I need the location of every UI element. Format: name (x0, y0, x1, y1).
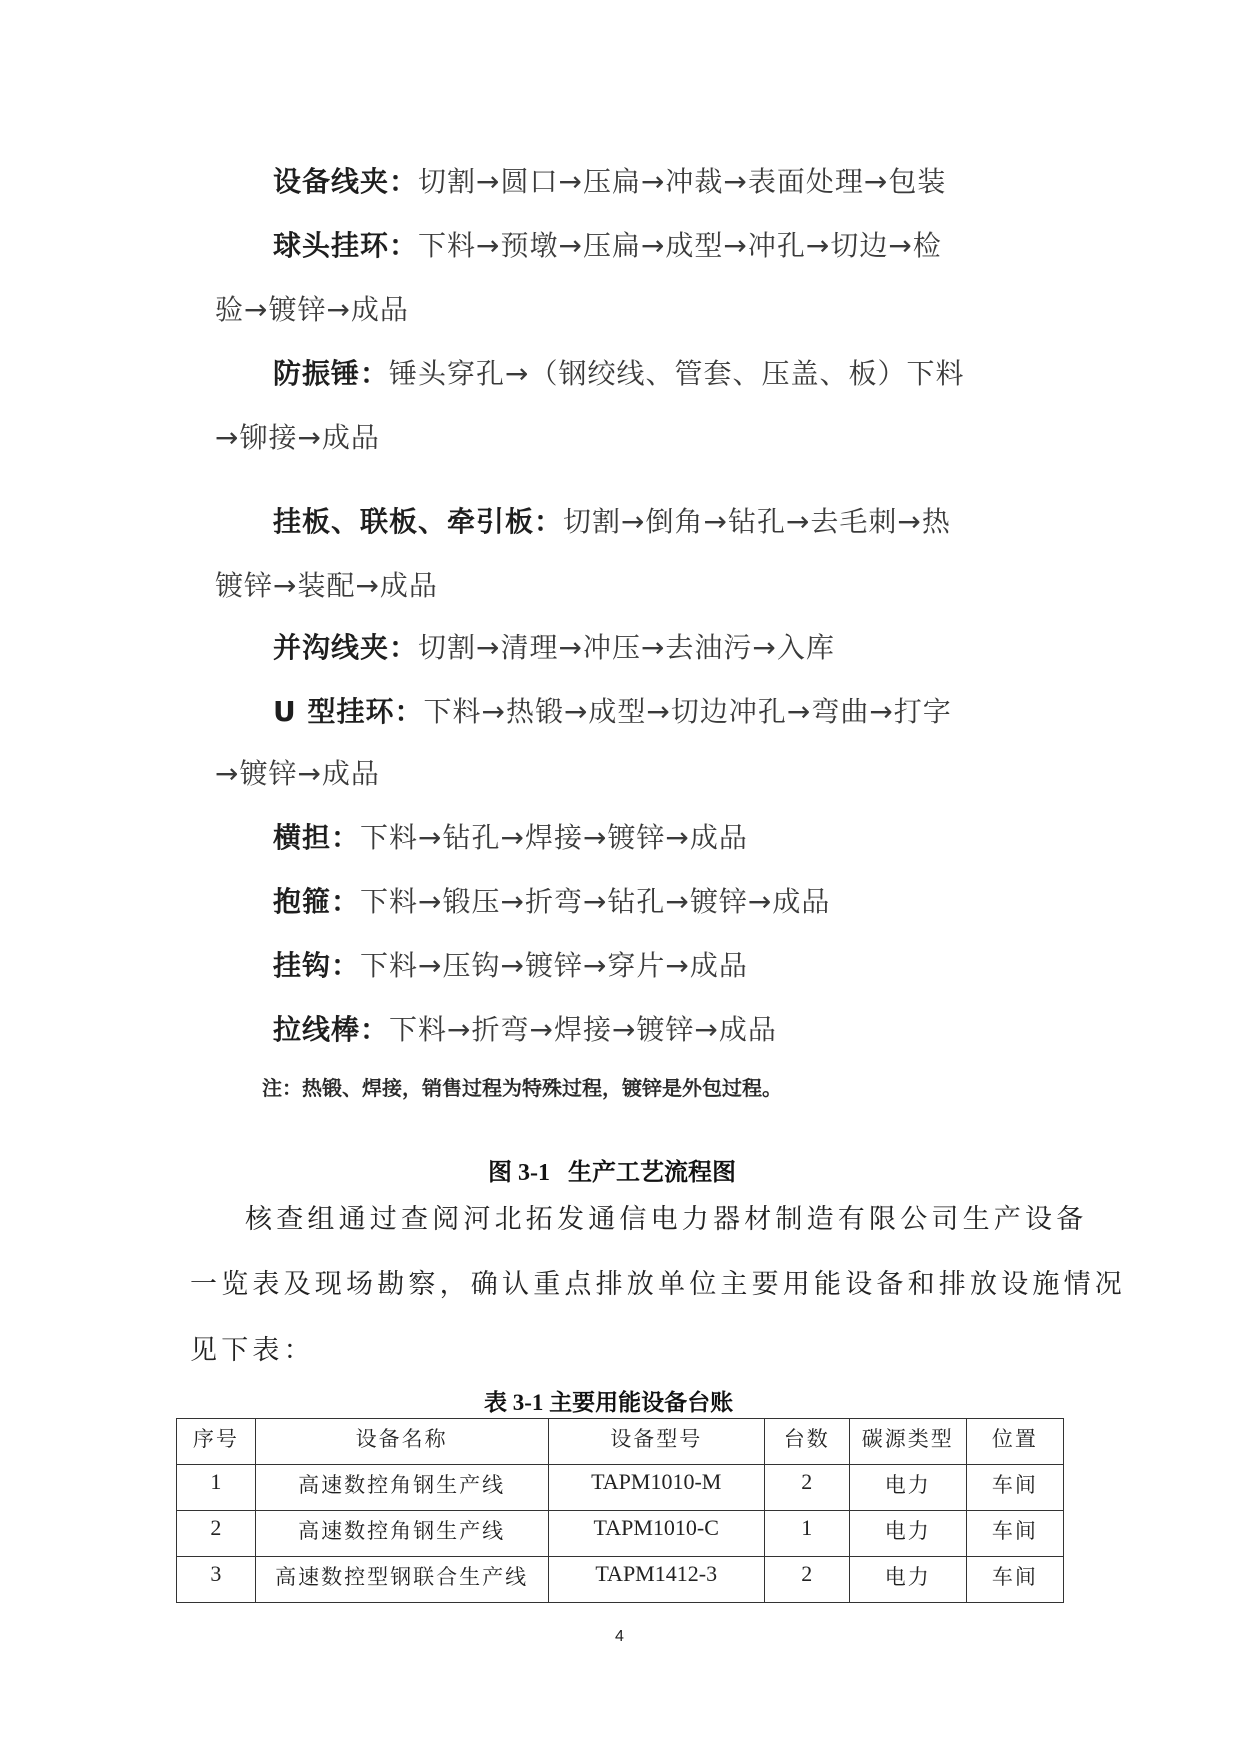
body-line: 一览表及现场勘察，确认重点排放单位主要用能设备和排放设施情况 (190, 1262, 1126, 1301)
flow-line-ball-eye: 球头挂环：下料→预墩→压扁→成型→冲孔→切边→检 (273, 224, 942, 264)
table-caption: 表 3-1 主要用能设备台账 (484, 1384, 733, 1417)
flow-label: U 型挂环： (273, 695, 424, 728)
flow-steps: 下料→锻压→折弯→钻孔→镀锌→成品 (360, 885, 830, 918)
figure-title: 生产工艺流程图 (568, 1160, 736, 1186)
flow-steps: 下料→热锻→成型→切边冲孔→弯曲→打字 (424, 695, 952, 728)
flow-label: 挂板、联板、牵引板： (273, 505, 563, 538)
flow-label: 抱箍： (273, 885, 360, 918)
flow-line-stay-rod: 拉线棒：下料→折弯→焊接→镀锌→成品 (273, 1008, 777, 1048)
flow-line-pg-clamp: 并沟线夹：切割→清理→冲压→去油污→入库 (273, 626, 835, 666)
flow-note: 注：热锻、焊接，销售过程为特殊过程，镀锌是外包过程。 (262, 1072, 782, 1101)
flow-steps: 下料→折弯→焊接→镀锌→成品 (389, 1013, 777, 1046)
flow-label: 防振锤： (273, 357, 389, 390)
page-number: 4 (615, 1628, 624, 1646)
cell-location: 车间 (966, 1465, 1063, 1511)
figure-caption: 图 3-1生产工艺流程图 (488, 1152, 736, 1187)
table-row: 2 高速数控角钢生产线 TAPM1010-C 1 电力 车间 (177, 1511, 1064, 1557)
flow-line-damper: 防振锤：锤头穿孔→（钢绞线、管套、压盖、板）下料 (273, 352, 964, 392)
cell-index: 3 (177, 1557, 256, 1603)
flow-steps: 下料→钻孔→焊接→镀锌→成品 (360, 821, 748, 854)
header-location: 位置 (966, 1419, 1063, 1465)
flow-steps: 切割→倒角→钻孔→去毛刺→热 (563, 505, 951, 538)
table-row: 3 高速数控型钢联合生产线 TAPM1412-3 2 电力 车间 (177, 1557, 1064, 1603)
cell-index: 2 (177, 1511, 256, 1557)
flow-steps: 验→镀锌→成品 (215, 293, 409, 326)
figure-number: 图 3-1 (488, 1160, 550, 1186)
header-index: 序号 (177, 1419, 256, 1465)
flow-line-u-shackle: U 型挂环：下料→热锻→成型→切边冲孔→弯曲→打字 (273, 690, 952, 730)
flow-steps: 镀锌→装配→成品 (215, 569, 438, 602)
cell-equipment-name: 高速数控角钢生产线 (255, 1465, 548, 1511)
cell-equipment-name: 高速数控型钢联合生产线 (255, 1557, 548, 1603)
table-row: 1 高速数控角钢生产线 TAPM1010-M 2 电力 车间 (177, 1465, 1064, 1511)
flow-line-continuation: 验→镀锌→成品 (215, 288, 409, 328)
flow-steps: 下料→预墩→压扁→成型→冲孔→切边→检 (418, 229, 942, 262)
flow-label: 并沟线夹： (273, 631, 418, 664)
flow-line-continuation: →铆接→成品 (215, 416, 380, 456)
flow-line-plates: 挂板、联板、牵引板：切割→倒角→钻孔→去毛刺→热 (273, 500, 951, 540)
header-equipment-name: 设备名称 (255, 1419, 548, 1465)
flow-steps: 锤头穿孔→（钢绞线、管套、压盖、板）下料 (389, 357, 964, 390)
cell-carbon-source: 电力 (849, 1511, 966, 1557)
cell-location: 车间 (966, 1557, 1063, 1603)
cell-model: TAPM1010-M (548, 1465, 764, 1511)
flow-steps: 切割→圆口→压扁→冲裁→表面处理→包装 (418, 165, 946, 198)
flow-steps: 下料→压钩→镀锌→穿片→成品 (360, 949, 748, 982)
body-line: 见下表： (190, 1328, 315, 1367)
flow-line-crossarm: 横担：下料→钻孔→焊接→镀锌→成品 (273, 816, 748, 856)
cell-quantity: 2 (764, 1557, 849, 1603)
flow-steps: →铆接→成品 (215, 421, 380, 454)
flow-label: 球头挂环： (273, 229, 418, 262)
cell-quantity: 1 (764, 1511, 849, 1557)
flow-steps: 切割→清理→冲压→去油污→入库 (418, 631, 835, 664)
header-model: 设备型号 (548, 1419, 764, 1465)
cell-carbon-source: 电力 (849, 1465, 966, 1511)
cell-equipment-name: 高速数控角钢生产线 (255, 1511, 548, 1557)
header-quantity: 台数 (764, 1419, 849, 1465)
header-carbon-source: 碳源类型 (849, 1419, 966, 1465)
equipment-ledger-table: 序号 设备名称 设备型号 台数 碳源类型 位置 1 高速数控角钢生产线 TAPM… (176, 1418, 1064, 1603)
cell-model: TAPM1412-3 (548, 1557, 764, 1603)
flow-label: 横担： (273, 821, 360, 854)
flow-line-continuation: 镀锌→装配→成品 (215, 564, 438, 604)
body-line: 核查组通过查阅河北拓发通信电力器材制造有限公司生产设备 (245, 1197, 1087, 1236)
flow-line-continuation: →镀锌→成品 (215, 752, 380, 792)
flow-label: 拉线棒： (273, 1013, 389, 1046)
flow-line-hoop: 抱箍：下料→锻压→折弯→钻孔→镀锌→成品 (273, 880, 830, 920)
cell-location: 车间 (966, 1511, 1063, 1557)
flow-label: 设备线夹： (273, 165, 418, 198)
table-header-row: 序号 设备名称 设备型号 台数 碳源类型 位置 (177, 1419, 1064, 1465)
cell-model: TAPM1010-C (548, 1511, 764, 1557)
cell-carbon-source: 电力 (849, 1557, 966, 1603)
cell-index: 1 (177, 1465, 256, 1511)
cell-quantity: 2 (764, 1465, 849, 1511)
flow-line-hook: 挂钩：下料→压钩→镀锌→穿片→成品 (273, 944, 748, 984)
flow-steps: →镀锌→成品 (215, 757, 380, 790)
flow-label: 挂钩： (273, 949, 360, 982)
flow-line-equipment-clamp: 设备线夹：切割→圆口→压扁→冲裁→表面处理→包装 (273, 160, 946, 200)
